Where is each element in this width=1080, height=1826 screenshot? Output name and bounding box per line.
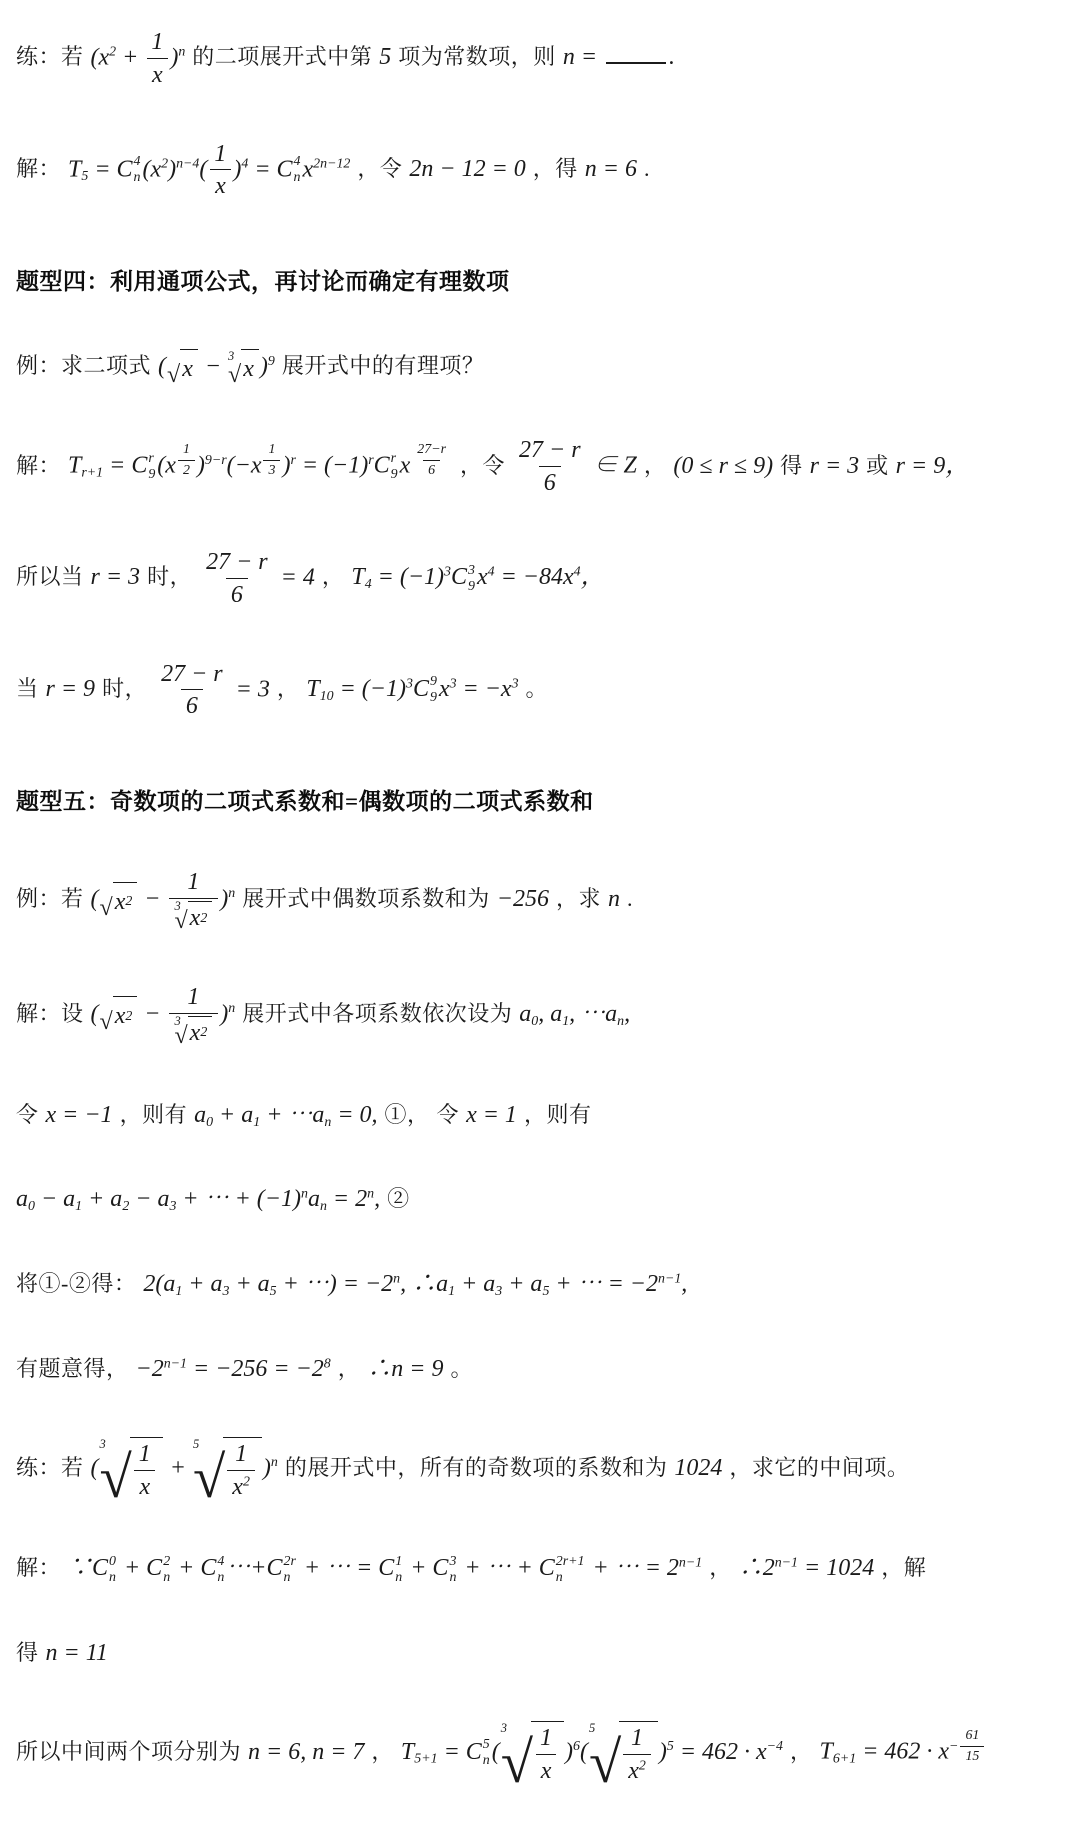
fraction: 1x (134, 1440, 156, 1502)
fraction: 1x2 (623, 1724, 651, 1786)
superscript: n (228, 887, 235, 902)
superscript: n (271, 1455, 278, 1470)
math-expression: x = 1 (466, 1098, 517, 1133)
math-expression: (0 ≤ r ≤ 9) (673, 449, 773, 484)
subscript: 3 (222, 1284, 229, 1299)
zh-text: 时， (102, 673, 147, 705)
math-expression: a0 + a1 + ⋯an = 0, (194, 1098, 377, 1133)
content-line: 当r = 9时，27 − r6 = 3，T10 = (−1)3C99x3 = −… (16, 660, 1072, 722)
radical: 5√1x2 (589, 1721, 658, 1786)
stacked-scripts: 1n (395, 1554, 402, 1586)
subscript: n (324, 1115, 331, 1130)
zh-text: ，得 (533, 153, 578, 185)
superscript: n (228, 1001, 235, 1016)
math-expression: (x2 + 1x)n (91, 28, 186, 90)
zh-text: 展开式中的有理项？ (282, 350, 485, 382)
zh-text: ， (371, 1736, 394, 1768)
math-expression: n = 6 (585, 152, 637, 187)
superscript: 9−r (205, 453, 227, 468)
math-expression: 27 − r6 = 3 (154, 660, 270, 722)
zh-text: ，令 (357, 153, 402, 185)
superscript: 5 (667, 1739, 674, 1754)
superscript: 13 (261, 453, 282, 468)
zh-text: ，令 (460, 450, 505, 482)
zh-text: 解： (16, 450, 61, 482)
fraction: 1x (146, 28, 168, 90)
subscript: 0 (28, 1199, 35, 1214)
zh-text: ，求 (556, 883, 601, 915)
document-page: 练：若(x2 + 1x)n的二项展开式中第5项为常数项，则n = .解：T5 =… (0, 0, 1080, 1826)
superscript: 2 (161, 156, 168, 171)
math-expression: T6+1 = 462 · x−6115 (820, 1728, 987, 1769)
content-line: 令x = −1，则有a0 + a1 + ⋯an = 0,①，令x = 1，则有 (16, 1098, 1072, 1133)
stacked-scripts: 0n (109, 1554, 116, 1586)
content-line: 解：∵C0n + C2n + C4n⋯+C2rn + ⋯ = C1n + C3n… (16, 1551, 1072, 1586)
zh-text: 例：若 (16, 883, 84, 915)
subscript: n (617, 1014, 624, 1029)
math-expression: r = 3 (91, 560, 141, 595)
stacked-scripts: r9 (148, 451, 155, 483)
content-line: 得n = 11 (16, 1636, 1072, 1671)
content-line: a0 − a1 + a2 − a3 + ⋯ + (−1)nan = 2n,② (16, 1182, 1072, 1217)
superscript: 3 (512, 676, 519, 691)
zh-text: ，解 (881, 1552, 926, 1584)
zh-text: 练：若 (16, 1452, 84, 1484)
subscript: 2 (122, 1199, 129, 1214)
superscript: 6 (573, 1739, 580, 1754)
fraction: 13 (263, 442, 280, 479)
math-expression: 5 (379, 40, 391, 75)
answer-blank (606, 42, 666, 64)
superscript: 3 (444, 565, 451, 580)
superscript: 27−r6 (410, 453, 453, 468)
superscript: 4 (574, 565, 581, 580)
math-expression: r = 3 (810, 449, 860, 484)
radical-sign: √ (193, 1454, 225, 1501)
superscript: 2 (109, 45, 116, 60)
math-expression: a0, a1, ⋯an, (519, 997, 630, 1032)
root-index: 5 (589, 1719, 595, 1737)
zh-text: 所以当 (16, 561, 84, 593)
math-expression: T4 = (−1)3C39x4 = −84x4， (351, 560, 604, 595)
superscript: n−1 (679, 1556, 702, 1571)
zh-text: 将①-②得： (16, 1268, 136, 1300)
superscript: n−1 (658, 1272, 681, 1287)
radical: 3√1x (501, 1721, 564, 1786)
zh-text: 得 (16, 1637, 39, 1669)
zh-text: ，则有 (524, 1099, 592, 1131)
zh-text: 时， (147, 561, 192, 593)
stacked-scripts: 99 (430, 674, 437, 706)
zh-text: 当 (16, 673, 39, 705)
content-line: 将①-②得：2(a1 + a3 + a5 + ⋯) = −2n, ∴a1 + a… (16, 1267, 1072, 1302)
math-expression: (3√1x + 5√1x2)n (91, 1437, 278, 1502)
subscript: 5 (81, 169, 88, 184)
subscript: 5 (542, 1284, 549, 1299)
root-index: 5 (193, 1435, 199, 1453)
math-expression: x = −1 (46, 1098, 113, 1133)
stacked-scripts: 3n (449, 1554, 456, 1586)
zh-text: ， (322, 561, 345, 593)
zh-text: 练：若 (16, 41, 84, 73)
math-expression: ∴n = 9 (367, 1352, 443, 1387)
superscript: 2 (243, 1474, 250, 1489)
subscript: r+1 (81, 466, 103, 481)
zh-text: 得 (780, 450, 803, 482)
fraction: 12 (178, 442, 195, 479)
radical: 3√x (228, 349, 259, 387)
zh-text: ， (277, 673, 300, 705)
subscript: n (320, 1199, 327, 1214)
superscript: 3 (406, 676, 413, 691)
content-line: 解：T5 = C4n(x2)n−4(1x)4 = C4nx2n−12，令2n −… (16, 140, 1072, 202)
fraction: 1x2 (227, 1440, 255, 1502)
content-line: 所以中间两个项分别为n = 6, n = 7，T5+1 = C5n(3√1x)6… (16, 1721, 1072, 1786)
math-expression: (√x2 − 13√x2)n (91, 983, 236, 1048)
fraction: 27 − r6 (201, 548, 273, 610)
stacked-scripts: 4n (217, 1554, 224, 1586)
zh-text: 展开式中各项系数依次设为 (242, 998, 512, 1030)
fraction: 1x (209, 140, 231, 202)
math-expression: −2n−1 = −256 = −28 (136, 1352, 331, 1387)
math-expression: 2(a1 + a3 + a5 + ⋯) = −2n, ∴a1 + a3 + a5… (143, 1267, 687, 1302)
radical-sign: √ (589, 1739, 621, 1786)
math-expression: ∵C0n + C2n + C4n⋯+C2rn + ⋯ = C1n + C3n +… (68, 1551, 702, 1586)
superscript: n−4 (176, 156, 199, 171)
subscript: 1 (253, 1115, 260, 1130)
stacked-scripts: 2r+1n (556, 1554, 585, 1586)
zh-text: 解：设 (16, 998, 84, 1030)
stacked-scripts: r9 (391, 451, 398, 483)
zh-text: . (627, 883, 633, 915)
math-expression: 27 − r6 = 4 (199, 548, 315, 610)
zh-text: 展开式中偶数项系数和为 (242, 883, 490, 915)
zh-text: 题型四：利用通项公式，再讨论而确定有理数项 (16, 265, 510, 298)
superscript: r (368, 453, 373, 468)
fraction: 13√x2 (169, 983, 219, 1048)
subscript: 3 (169, 1199, 176, 1214)
radical: 3√1x (100, 1437, 163, 1502)
zh-text: 项为常数项，则 (398, 41, 556, 73)
math-expression: Tr+1 = Cr9(x12)9−r(−x13)r = (−1)rCr9x27−… (68, 442, 453, 483)
stacked-scripts: 2n (163, 1554, 170, 1586)
math-expression: T5+1 = C5n(3√1x)6(5√1x2)5 = 462 · x−4 (401, 1721, 783, 1786)
math-expression: −256 (497, 882, 549, 917)
math-expression: (√x − 3√x)9 (158, 349, 275, 387)
zh-text: 或 (866, 450, 889, 482)
zh-text: ①， (385, 1099, 430, 1131)
zh-text: 的展开式中，所有的奇数项的系数和为 (285, 1452, 668, 1484)
radical-sign: √ (501, 1739, 533, 1786)
radical-sign: √ (228, 364, 241, 387)
superscript: 2n−12 (313, 156, 350, 171)
superscript: 4 (488, 565, 495, 580)
subscript: 1 (448, 1284, 455, 1299)
subscript: 1 (75, 1199, 82, 1214)
superscript: 12 (176, 453, 197, 468)
superscript: n (393, 1272, 400, 1287)
stacked-scripts: 5n (483, 1737, 490, 1769)
section-heading: 题型四：利用通项公式，再讨论而确定有理数项 (16, 265, 1072, 298)
superscript: n (178, 45, 185, 60)
fraction: 27 − r6 (514, 436, 586, 498)
subscript: 10 (320, 689, 334, 704)
stacked-scripts: 4n (134, 154, 141, 186)
zh-text: 有题意得， (16, 1353, 129, 1385)
stacked-scripts: 39 (468, 563, 475, 595)
content-line: 例：求二项式(√x − 3√x)9展开式中的有理项？ (16, 349, 1072, 387)
subscript: 1 (175, 1284, 182, 1299)
zh-text: 题型五：奇数项的二项式系数和=偶数项的二项式系数和 (16, 785, 594, 818)
root-index: 3 (175, 1014, 181, 1029)
zh-text: 的二项展开式中第 (192, 41, 372, 73)
zh-text: 令 (437, 1099, 460, 1131)
content-line: 所以当r = 3时，27 − r6 = 4，T4 = (−1)3C39x4 = … (16, 548, 1072, 610)
subscript: 4 (365, 577, 372, 592)
subscript: 5 (270, 1284, 277, 1299)
math-expression: n = 6, n = 7 (248, 1735, 364, 1770)
content-line: 解：设(√x2 − 13√x2)n展开式中各项系数依次设为a0, a1, ⋯an… (16, 983, 1072, 1048)
math-expression: r = 9， (896, 449, 970, 484)
superscript: n (367, 1187, 374, 1202)
zh-text: . (644, 153, 650, 185)
superscript: 4 (241, 156, 248, 171)
zh-text: 例：求二项式 (16, 350, 151, 382)
radical: √x2 (100, 882, 138, 920)
superscript: n (301, 1187, 308, 1202)
math-expression: n = 11 (46, 1636, 108, 1671)
math-expression: 27 − r6 ∈ Z (512, 436, 637, 498)
fraction: 13√x2 (169, 868, 219, 933)
subscript: 0 (206, 1115, 213, 1130)
zh-text: ， (338, 1353, 361, 1385)
math-expression: T5 = C4n(x2)n−4(1x)4 = C4nx2n−12 (68, 140, 350, 202)
zh-text: ， (790, 1736, 813, 1768)
subscript: 1 (562, 1014, 569, 1029)
document-content: 练：若(x2 + 1x)n的二项展开式中第5项为常数项，则n = .解：T5 =… (16, 28, 1072, 1786)
stacked-scripts: 4n (294, 154, 301, 186)
radical-sign: √ (100, 897, 113, 920)
superscript: 8 (324, 1356, 331, 1371)
content-line: 练：若(3√1x + 5√1x2)n的展开式中，所有的奇数项的系数和为1024，… (16, 1437, 1072, 1502)
zh-text: 解： (16, 1552, 61, 1584)
content-line: 有题意得，−2n−1 = −256 = −28，∴n = 9。 (16, 1352, 1072, 1387)
superscript: 9 (268, 353, 275, 368)
root-index: 3 (175, 899, 181, 914)
math-expression: (√x2 − 13√x2)n (91, 868, 236, 933)
zh-text: 所以中间两个项分别为 (16, 1736, 241, 1768)
zh-text: ，则有 (120, 1099, 188, 1131)
root-index: 3 (228, 347, 234, 365)
zh-text: ，求它的中间项。 (729, 1452, 909, 1484)
superscript: −4 (767, 1739, 783, 1754)
radical: 3√x2 (175, 901, 213, 933)
math-expression: n = . (563, 40, 675, 75)
radical-sign: √ (100, 1454, 132, 1501)
subscript: 6+1 (833, 1752, 856, 1767)
math-expression: 2n − 12 = 0 (409, 152, 525, 187)
zh-text: ② (387, 1183, 410, 1215)
subscript: 3 (495, 1284, 502, 1299)
math-expression: n (608, 882, 620, 917)
math-expression: ∴2n−1 = 1024 (739, 1551, 875, 1586)
radical-sign: √ (100, 1011, 113, 1034)
fraction: 27−r6 (412, 442, 451, 479)
math-expression: 1024 (674, 1451, 722, 1486)
radical: 3√x2 (175, 1016, 213, 1048)
math-expression: r = 9 (46, 672, 96, 707)
superscript: 2 (639, 1758, 646, 1773)
superscript: n−1 (164, 1356, 187, 1371)
radical: √x2 (100, 996, 138, 1034)
zh-text: 。 (450, 1353, 473, 1385)
section-heading: 题型五：奇数项的二项式系数和=偶数项的二项式系数和 (16, 785, 1072, 818)
fraction: 27 − r6 (156, 660, 228, 722)
radical-sign: √ (167, 364, 180, 387)
fraction: 6115 (960, 1728, 984, 1765)
zh-text: 。 (526, 673, 549, 705)
math-expression: a0 − a1 + a2 − a3 + ⋯ + (−1)nan = 2n, (16, 1182, 380, 1217)
content-line: 例：若(√x2 − 13√x2)n展开式中偶数项系数和为−256，求n. (16, 868, 1072, 933)
superscript: 3 (450, 676, 457, 691)
zh-text: 令 (16, 1099, 39, 1131)
superscript: −6115 (949, 1739, 986, 1754)
fraction: 1x (535, 1724, 557, 1786)
root-index: 3 (501, 1719, 507, 1737)
zh-text: ， (644, 450, 667, 482)
subscript: 0 (531, 1014, 538, 1029)
radical: 5√1x2 (193, 1437, 262, 1502)
radical: √x (167, 349, 198, 387)
zh-text: ， (709, 1552, 732, 1584)
zh-text: 解： (16, 153, 61, 185)
superscript: n−1 (775, 1556, 798, 1571)
superscript: r (290, 453, 295, 468)
math-expression: T10 = (−1)3C99x3 = −x3 (306, 672, 518, 707)
content-line: 解：Tr+1 = Cr9(x12)9−r(−x13)r = (−1)rCr9x2… (16, 436, 1072, 498)
subscript: 5+1 (414, 1752, 437, 1767)
stacked-scripts: 2rn (284, 1554, 296, 1586)
root-index: 3 (100, 1435, 106, 1453)
content-line: 练：若(x2 + 1x)n的二项展开式中第5项为常数项，则n = . (16, 28, 1072, 90)
